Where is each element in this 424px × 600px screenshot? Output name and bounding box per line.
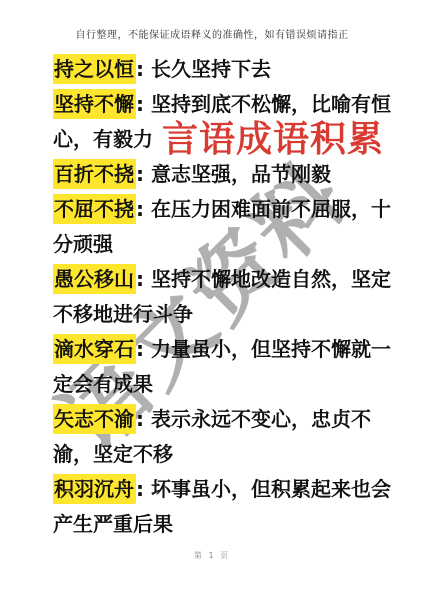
idiom-entry: 百折不挠: 意志坚强，品节刚毅: [53, 157, 391, 192]
idiom-term-highlight: 百折不挠: [53, 159, 136, 189]
idiom-definition: 意志坚强，品节刚毅: [151, 162, 331, 186]
document-page: 语文资料 自行整理，不能保证成语释义的准确性，如有错误烦请指正 言语成语积累 持…: [0, 0, 424, 600]
page-number: 第 1 页: [0, 550, 424, 561]
colon-separator: :: [136, 267, 151, 291]
colon-separator: :: [136, 162, 151, 186]
idiom-entry: 积羽沉舟: 坏事虽小，但积累起来也会产生严重后果: [53, 472, 391, 542]
idiom-entry: 持之以恒: 长久坚持下去: [53, 52, 391, 87]
idiom-term-highlight: 持之以恒: [53, 54, 136, 84]
idiom-entry: 滴水穿石: 力量虽小，但坚持不懈就一定会有成果: [53, 332, 391, 402]
colon-separator: :: [136, 337, 151, 361]
idiom-definition: 长久坚持下去: [151, 57, 271, 81]
idiom-term-highlight: 滴水穿石: [53, 334, 136, 364]
idiom-term-highlight: 愚公移山: [53, 264, 136, 294]
colon-separator: :: [136, 197, 151, 221]
colon-separator: :: [136, 57, 151, 81]
disclaimer-text: 自行整理，不能保证成语释义的准确性，如有错误烦请指正: [0, 26, 424, 41]
red-stamp-title: 言语成语积累: [162, 111, 384, 162]
idiom-term-highlight: 积羽沉舟: [53, 474, 136, 504]
idiom-entry: 愚公移山: 坚持不懈地改造自然，坚定不移地进行斗争: [53, 262, 391, 332]
idiom-entry: 不屈不挠: 在压力困难面前不屈服，十分顽强: [53, 192, 391, 262]
colon-separator: :: [136, 477, 151, 501]
idiom-term-highlight: 不屈不挠: [53, 194, 136, 224]
idiom-term-highlight: 矢志不渝: [53, 404, 136, 434]
idiom-entry: 矢志不渝: 表示永远不变心，忠贞不渝，坚定不移: [53, 402, 391, 472]
colon-separator: :: [136, 92, 151, 116]
idiom-term-highlight: 坚持不懈: [53, 89, 136, 119]
colon-separator: :: [136, 407, 151, 431]
